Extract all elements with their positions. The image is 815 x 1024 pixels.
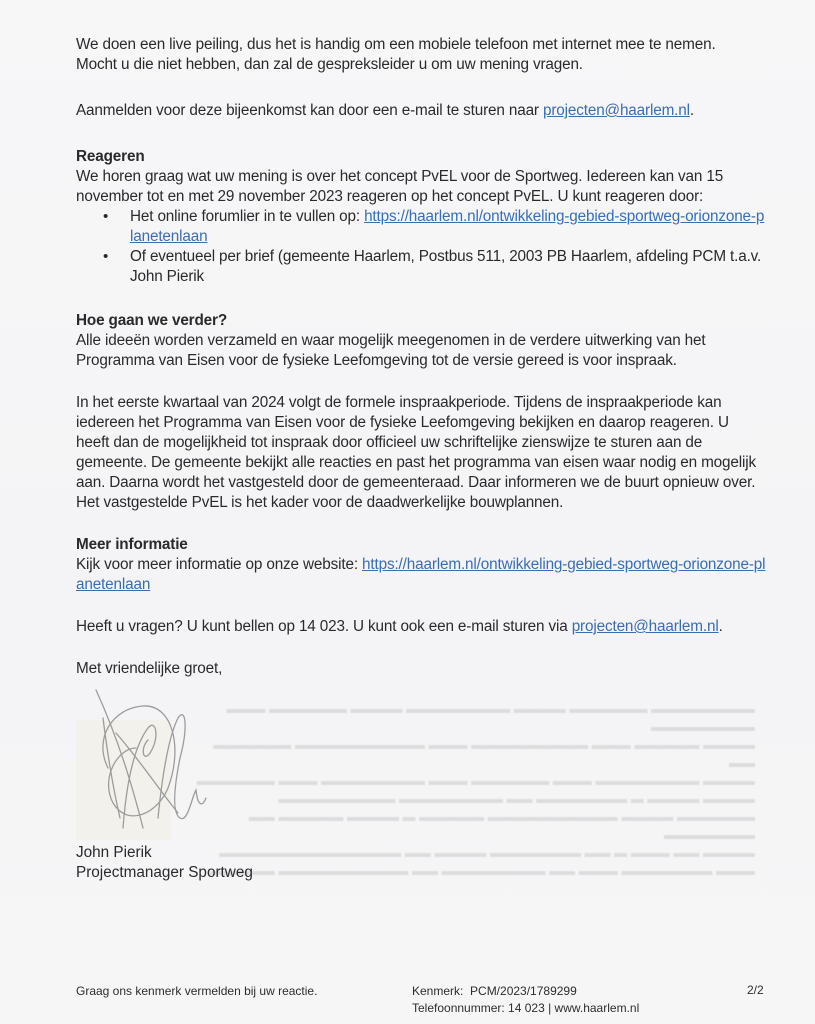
signup-text: Aanmelden voor deze bijeenkomst kan door… [76, 102, 543, 119]
bullet-icon: • [103, 207, 108, 227]
page-number: 2/2 [747, 983, 764, 997]
reageren-paragraph: We horen graag wat uw mening is over het… [76, 167, 766, 207]
section-heading-reageren: Reageren [76, 147, 766, 167]
live-poll-line-1: We doen een live peiling, dus het is han… [76, 35, 766, 55]
signup-end: . [690, 102, 694, 119]
section-heading-meer-informatie: Meer informatie [76, 535, 766, 555]
website-text: Kijk voor meer informatie op onze websit… [76, 556, 362, 573]
signer-block: John Pierik Projectmanager Sportweg [76, 843, 253, 883]
questions-end: . [719, 618, 723, 635]
letter-body: We doen een live peiling, dus het is han… [76, 26, 766, 679]
questions-text: Heeft u vragen? U kunt bellen op 14 023.… [76, 618, 572, 635]
list-item-online-form: • Het online forumlier in te vullen op: … [76, 207, 766, 247]
bullet-icon: • [103, 247, 108, 267]
verder-paragraph-1: Alle ideeën worden verzameld en waar mog… [76, 331, 766, 371]
online-form-text: Het online forumlier in te vullen op: [130, 208, 364, 225]
signup-email-link[interactable]: projecten@haarlem.nl [543, 102, 690, 119]
footer-reference-block: Kenmerk: PCM/2023/1789299 Telefoonnummer… [412, 983, 639, 1017]
live-poll-line-2: Mocht u die niet hebben, dan zal de gesp… [76, 55, 766, 75]
reageren-options-list: • Het online forumlier in te vullen op: … [76, 207, 766, 287]
signup-paragraph: Aanmelden voor deze bijeenkomst kan door… [76, 101, 766, 121]
footer-reference-number: Kenmerk: PCM/2023/1789299 [412, 983, 639, 1000]
section-heading-hoe-verder: Hoe gaan we verder? [76, 311, 766, 331]
signer-title: Projectmanager Sportweg [76, 863, 253, 883]
footer-reference-note: Graag ons kenmerk vermelden bij uw react… [76, 984, 317, 998]
questions-paragraph: Heeft u vragen? U kunt bellen op 14 023.… [76, 617, 766, 637]
list-item-letter: • Of eventueel per brief (gemeente Haarl… [76, 247, 766, 287]
questions-email-link[interactable]: projecten@haarlem.nl [572, 618, 719, 635]
closing-greeting: Met vriendelijke groet, [76, 659, 766, 679]
footer-contact: Telefoonnummer: 14 023 | www.haarlem.nl [412, 1000, 639, 1017]
website-paragraph: Kijk voor meer informatie op onze websit… [76, 555, 766, 595]
letter-option-text: Of eventueel per brief (gemeente Haarlem… [130, 248, 761, 285]
handwritten-signature-icon [88, 678, 208, 848]
verder-paragraph-2: In het eerste kwartaal van 2024 volgt de… [76, 393, 766, 513]
scanned-letter-page: ▬▬▬▬▬▬▬▬ ▬▬▬▬▬▬ ▬▬▬▬ ▬▬▬▬▬▬▬▬ ▬▬▬▬ ▬▬▬▬▬… [0, 0, 815, 1024]
signer-name: John Pierik [76, 843, 253, 863]
